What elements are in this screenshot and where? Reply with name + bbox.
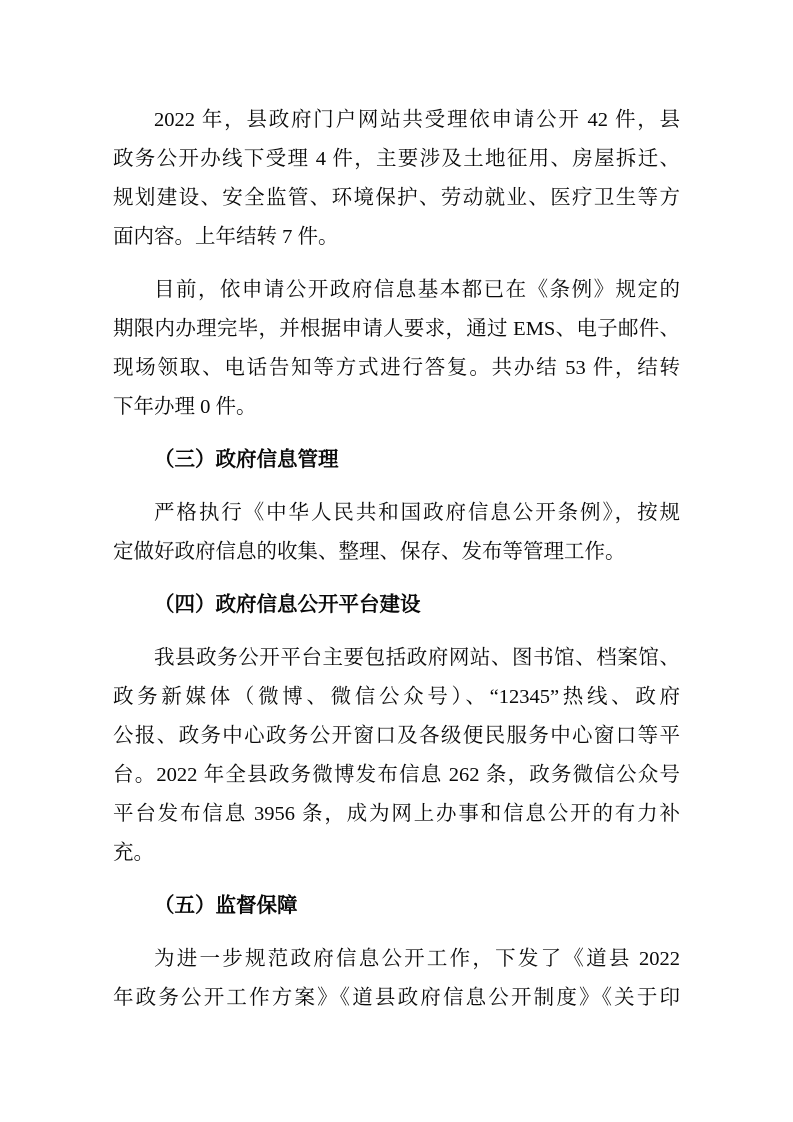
heading-text: （四）政府信息公开平台建设 [113,586,680,625]
text-line: 期限内办理完毕，并根据申请人要求，通过 EMS、电子邮件、 [113,310,680,349]
section-heading-3-info-management: （三）政府信息管理 [113,441,680,480]
text-line: 平台发布信息 3956 条，成为网上办事和信息公开的有力补 [113,795,680,834]
paragraph-platform-construction: 我县政务公开平台主要包括政府网站、图书馆、档案馆、政务新媒体（微博、微信公众号）… [113,639,680,873]
heading-text: （三）政府信息管理 [113,441,680,480]
paragraph-supervision: 为进一步规范政府信息公开工作，下发了《道县 2022年政务公开工作方案》《道县政… [113,940,680,1018]
paragraph-processing-status: 目前，依申请公开政府信息基本都已在《条例》规定的期限内办理完毕，并根据申请人要求… [113,271,680,427]
text-line: 我县政务公开平台主要包括政府网站、图书馆、档案馆、 [113,639,680,678]
text-line: 年政务公开工作方案》《道县政府信息公开制度》《关于印 [113,979,680,1018]
text-line: 严格执行《中华人民共和国政府信息公开条例》，按规 [113,494,680,533]
text-line: 政务公开办线下受理 4 件，主要涉及土地征用、房屋拆迁、 [113,140,680,179]
document-content: 2022 年，县政府门户网站共受理依申请公开 42 件，县政务公开办线下受理 4… [113,101,680,1018]
document-page: 2022 年，县政府门户网站共受理依申请公开 42 件，县政务公开办线下受理 4… [0,0,793,1122]
text-line: 下年办理 0 件。 [113,388,680,427]
heading-text: （五）监督保障 [113,887,680,926]
paragraph-info-management: 严格执行《中华人民共和国政府信息公开条例》，按规定做好政府信息的收集、整理、保存… [113,494,680,572]
section-heading-4-platform-construction: （四）政府信息公开平台建设 [113,586,680,625]
text-line: 充。 [113,834,680,873]
section-heading-5-supervision: （五）监督保障 [113,887,680,926]
text-line: 规划建设、安全监管、环境保护、劳动就业、医疗卫生等方 [113,179,680,218]
paragraph-applications-received: 2022 年，县政府门户网站共受理依申请公开 42 件，县政务公开办线下受理 4… [113,101,680,257]
text-line: 公报、政务中心政务公开窗口及各级便民服务中心窗口等平 [113,717,680,756]
text-line: 2022 年，县政府门户网站共受理依申请公开 42 件，县 [113,101,680,140]
text-line: 目前，依申请公开政府信息基本都已在《条例》规定的 [113,271,680,310]
text-line: 为进一步规范政府信息公开工作，下发了《道县 2022 [113,940,680,979]
text-line: 定做好政府信息的收集、整理、保存、发布等管理工作。 [113,533,680,572]
text-line: 政务新媒体（微博、微信公众号）、“12345”热线、政府 [113,678,680,717]
text-line: 现场领取、电话告知等方式进行答复。共办结 53 件，结转 [113,349,680,388]
text-line: 台。2022 年全县政务微博发布信息 262 条，政务微信公众号 [113,756,680,795]
text-line: 面内容。上年结转 7 件。 [113,218,680,257]
